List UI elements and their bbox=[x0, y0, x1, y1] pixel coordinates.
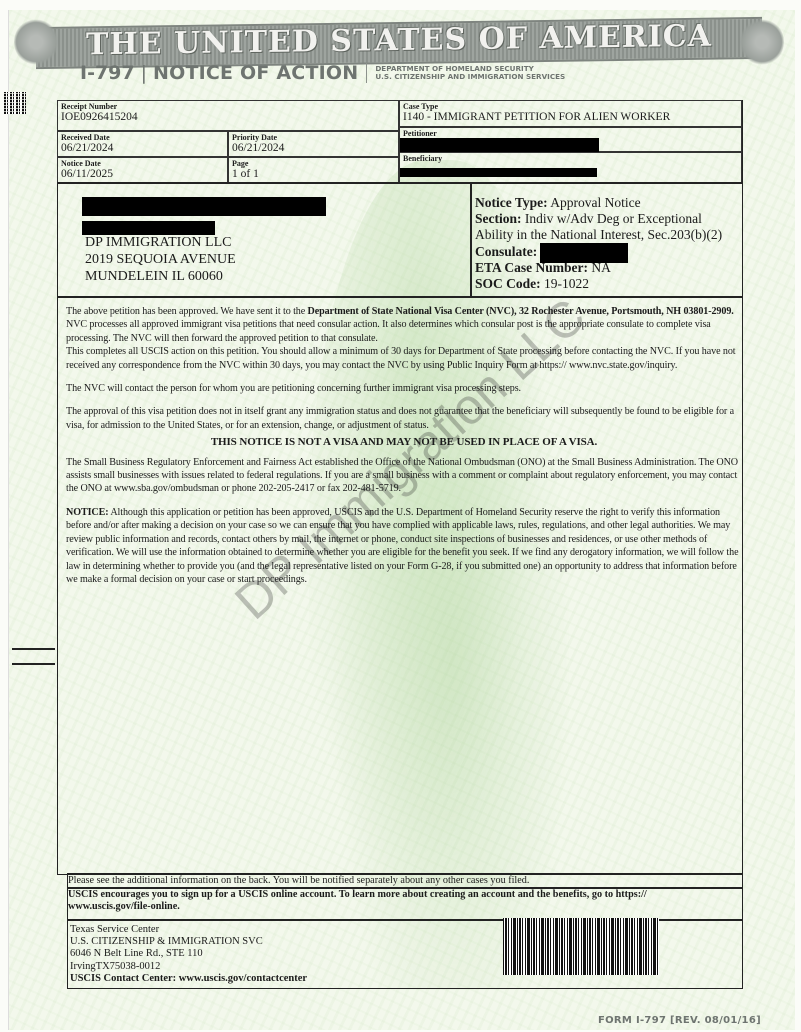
additional-info-note: Please see the additional information on… bbox=[68, 875, 529, 887]
banner-ornament-right bbox=[740, 18, 784, 66]
beneficiary-redacted bbox=[400, 168, 597, 177]
recipient-name-redacted bbox=[82, 197, 326, 216]
notice-body: The above petition has been approved. We… bbox=[66, 305, 742, 596]
paragraph-nvc-contact: The NVC will contact the person for whom… bbox=[66, 382, 742, 395]
notice-type: Notice Type: Approval Notice bbox=[475, 195, 722, 211]
notice-date: 06/11/2025 bbox=[61, 168, 224, 181]
consulate-redacted bbox=[540, 243, 628, 263]
not-a-visa-warning: THIS NOTICE IS NOT A VISA AND MAY NOT BE… bbox=[66, 436, 742, 449]
agency-name: DEPARTMENT OF HOMELAND SECURITY U.S. CIT… bbox=[375, 65, 565, 81]
receipt-number: IOE0926415204 bbox=[61, 111, 395, 124]
receipt-number-cell: Receipt Number IOE0926415204 bbox=[57, 100, 399, 131]
paragraph-ombudsman: The Small Business Regulatory Enforcemen… bbox=[66, 456, 742, 496]
service-center-address: Texas Service Center U.S. CITIZENSHIP & … bbox=[70, 924, 307, 985]
online-account-note: USCIS encourages you to sign up for a US… bbox=[68, 889, 708, 914]
paragraph-notice: NOTICE: Although this application or pet… bbox=[66, 506, 742, 586]
notice-date-cell: Notice Date 06/11/2025 bbox=[57, 157, 228, 183]
case-type-cell: Case Type I140 - IMMIGRANT PETITION FOR … bbox=[399, 100, 742, 127]
recipient-attention-redacted bbox=[82, 221, 215, 235]
received-date: 06/21/2024 bbox=[61, 142, 224, 155]
contact-center: USCIS Contact Center: www.uscis.gov/cont… bbox=[70, 973, 307, 985]
mailing-address: DP IMMIGRATION LLC 2019 SEQUOIA AVENUE M… bbox=[85, 234, 236, 285]
banner-ornament-left bbox=[14, 18, 58, 66]
soc-code: SOC Code: 19-1022 bbox=[475, 276, 722, 292]
case-type: I140 - IMMIGRANT PETITION FOR ALIEN WORK… bbox=[403, 111, 738, 124]
priority-date-cell: Priority Date 06/21/2024 bbox=[228, 131, 399, 157]
form-name: NOTICE OF ACTION bbox=[153, 62, 358, 84]
section: Section: Indiv w/Adv Deg or Exceptional bbox=[475, 211, 722, 227]
received-date-cell: Received Date 06/21/2024 bbox=[57, 131, 228, 157]
paragraph-status: The approval of this visa petition does … bbox=[66, 405, 742, 432]
priority-date: 06/21/2024 bbox=[232, 142, 395, 155]
petitioner-redacted bbox=[400, 138, 599, 152]
page-number: 1 of 1 bbox=[232, 168, 395, 181]
datamatrix-code bbox=[4, 92, 26, 114]
form-revision: FORM I-797 [REV. 08/01/16] bbox=[598, 1015, 761, 1026]
fold-marks bbox=[12, 648, 55, 678]
banner: THE UNITED STATES OF AMERICA bbox=[14, 14, 784, 64]
page-cell: Page 1 of 1 bbox=[228, 157, 399, 183]
barcode bbox=[503, 918, 659, 975]
paragraph-approval: The above petition has been approved. We… bbox=[66, 305, 742, 372]
form-header: I-797 | NOTICE OF ACTION DEPARTMENT OF H… bbox=[80, 62, 565, 84]
form-code: I-797 bbox=[80, 62, 135, 84]
